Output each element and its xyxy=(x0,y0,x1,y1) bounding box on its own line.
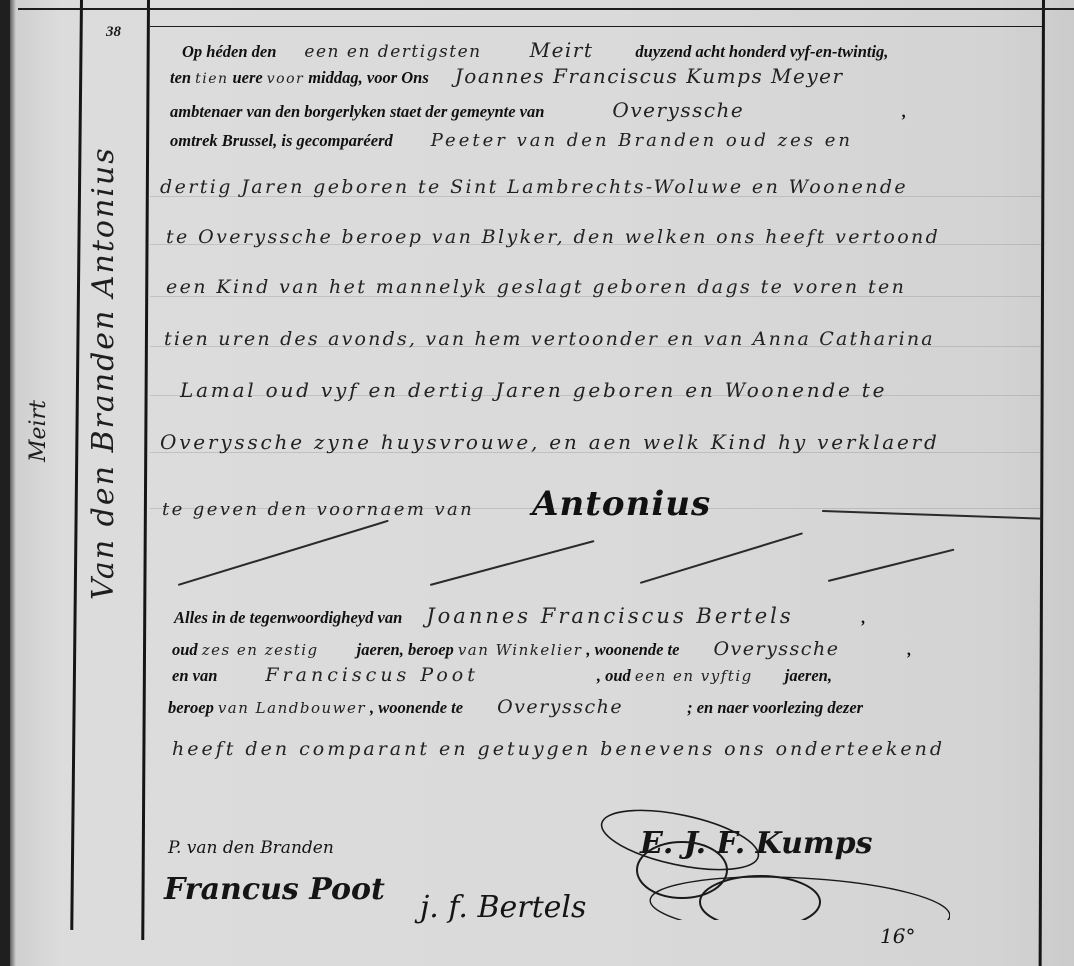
printed-text: ; en naer voorlezing dezer xyxy=(687,698,863,717)
handwritten-witness1-residence: Overyssche xyxy=(713,638,839,660)
printed-text: , xyxy=(902,102,906,121)
act-line-8: tien uren des avonds, van hem vertoonder… xyxy=(164,328,935,350)
printed-text: en van xyxy=(172,666,217,685)
printed-text: , woonende te xyxy=(370,698,463,717)
act-line-3: ambtenaer van den borgerlyken staet der … xyxy=(170,98,906,122)
handwritten-witness1-occupation: van Winkelier xyxy=(458,641,583,659)
handwritten-hour: tien xyxy=(195,71,228,87)
printed-text: , xyxy=(907,640,911,659)
printed-text: Alles in de tegenwoordigheyd van xyxy=(174,608,402,627)
handwritten-witness2-residence: Overyssche xyxy=(497,696,623,718)
margin-month: Meirt xyxy=(26,400,51,462)
printed-text: jaeren, beroep xyxy=(357,640,454,659)
printed-text: beroep xyxy=(168,698,214,717)
column-rule-right xyxy=(1039,0,1045,966)
signature-witness-bertels: j. f. Bertels xyxy=(420,890,586,925)
column-rule-1 xyxy=(70,0,83,930)
margin-name: Van den Branden Antonius xyxy=(86,146,121,600)
act-line-2: ten tien uere voor middag, voor Ons Joan… xyxy=(170,64,844,88)
printed-text: ten xyxy=(170,68,191,87)
printed-text: , woonende te xyxy=(586,640,679,659)
witness-line-2: oud zes en zestig jaeren, beroep van Win… xyxy=(172,638,912,660)
witness-line-1: Alles in de tegenwoordigheyd van Joannes… xyxy=(174,604,866,628)
folio-note: 16° xyxy=(880,924,915,948)
act-line-11: te geven den voornaem van Antonius xyxy=(162,484,711,524)
printed-text: Op héden den xyxy=(182,42,276,61)
printed-text: , oud xyxy=(597,666,631,685)
printed-text: middag, voor Ons xyxy=(308,68,429,87)
column-rule-2 xyxy=(141,0,150,940)
act-line-6: te Overyssche beroep van Blyker, den wel… xyxy=(166,226,940,248)
top-rule xyxy=(150,26,1042,27)
header-rule xyxy=(18,8,1074,10)
printed-text: , xyxy=(862,608,866,627)
handwritten-witness2-occupation: van Landbouwer xyxy=(218,699,366,717)
act-line-7: een Kind van het mannelyk geslagt gebore… xyxy=(166,276,906,298)
register-page: 38 Meirt Van den Branden Antonius Op héd… xyxy=(0,0,1074,966)
printed-year: duyzend acht honderd vyf-en-twintig, xyxy=(635,42,888,61)
handwritten-official-name: Joannes Franciscus Kumps Meyer xyxy=(455,64,844,88)
handwritten-ampm: voor xyxy=(267,71,304,87)
handwritten-declarant: Peeter van den Branden oud zes en xyxy=(431,130,853,151)
act-line-10: Overyssche zyne huysvrouwe, en aen welk … xyxy=(160,430,940,454)
signature-flourish-icon xyxy=(590,800,950,920)
printed-text: jaeren, xyxy=(785,666,832,685)
signature-father: P. van den Branden xyxy=(168,838,334,858)
binding-shadow xyxy=(0,0,10,966)
handwritten-municipality: Overyssche xyxy=(612,98,744,122)
handwritten-date: een en dertigsten xyxy=(304,42,481,62)
filler-stroke xyxy=(430,540,595,585)
handwritten-text: te geven den voornaem van xyxy=(162,499,474,520)
printed-text: ambtenaer van den borgerlyken staet der … xyxy=(170,102,544,121)
witness-line-3: en van Franciscus Poot , oud een en vyft… xyxy=(172,664,832,686)
filler-stroke xyxy=(178,520,389,586)
signature-witness-poot: Francus Poot xyxy=(164,872,385,907)
flourish-line xyxy=(822,510,1042,519)
act-line-4: omtrek Brussel, is gecomparéerd Peeter v… xyxy=(170,130,853,151)
printed-text: uere xyxy=(233,68,263,87)
printed-text: omtrek Brussel, is gecomparéerd xyxy=(170,131,393,150)
handwritten-witness1-name: Joannes Franciscus Bertels xyxy=(426,604,793,628)
entry-number: 38 xyxy=(106,24,121,41)
printed-text: oud xyxy=(172,640,198,659)
handwritten-witness2-age: een en vyftig xyxy=(635,667,753,685)
child-given-name: Antonius xyxy=(532,484,711,524)
handwritten-witness1-age: zes en zestig xyxy=(202,641,319,659)
act-line-9: Lamal oud vyf en dertig Jaren geboren en… xyxy=(180,378,887,402)
handwritten-month: Meirt xyxy=(530,38,594,62)
filler-stroke xyxy=(828,549,955,582)
act-line-5: dertig Jaren geboren te Sint Lambrechts-… xyxy=(160,176,908,198)
act-line-1: Op héden den een en dertigsten Meirt duy… xyxy=(182,38,888,62)
witness-line-5: heeft den comparant en getuygen benevens… xyxy=(172,738,945,760)
handwritten-witness2-name: Franciscus Poot xyxy=(265,664,479,686)
witness-line-4: beroep van Landbouwer , woonende te Over… xyxy=(168,696,863,718)
filler-stroke xyxy=(640,532,803,583)
